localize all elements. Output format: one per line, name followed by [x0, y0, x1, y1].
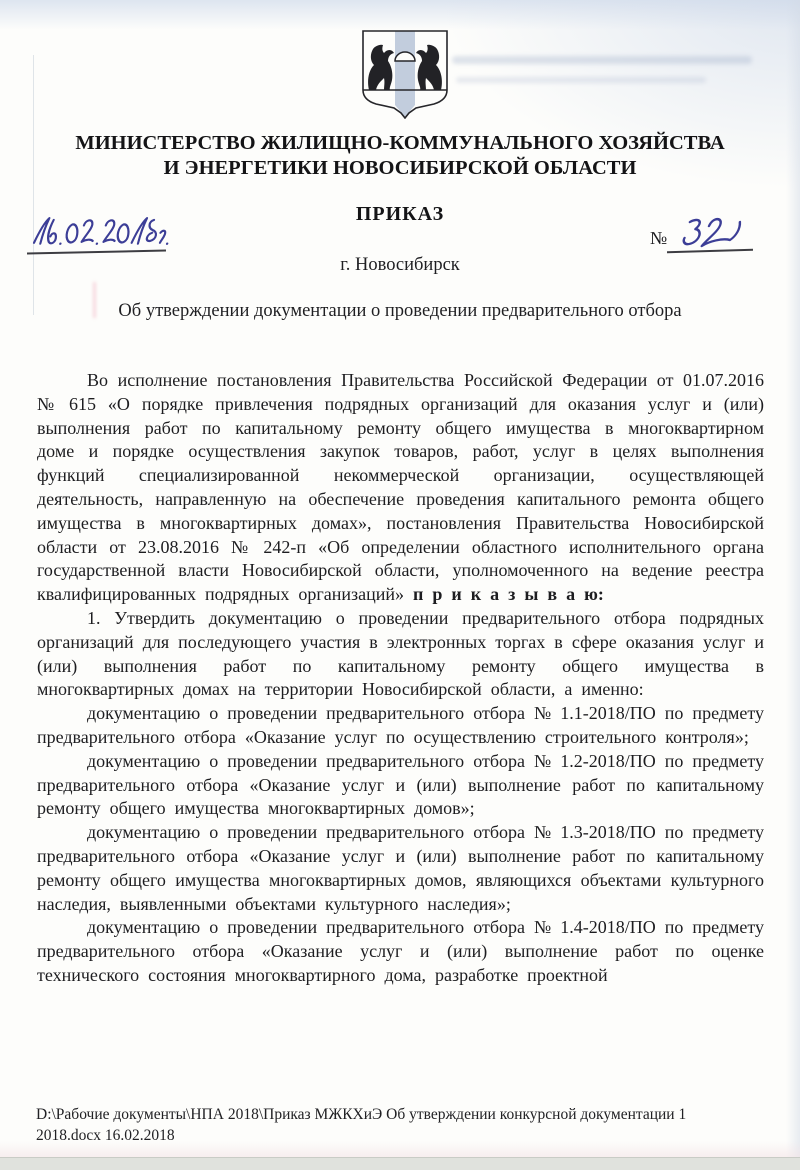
- ministry-title-line2: И ЭНЕРГЕТИКИ НОВОСИБИРСКОЙ ОБЛАСТИ: [0, 156, 800, 181]
- order-paragraph-preamble: Во исполнение постановления Правительств…: [37, 369, 764, 607]
- footer-file-path: D:\Рабочие документы\НПА 2018\Приказ МЖК…: [36, 1104, 768, 1146]
- order-subject: Об утверждении документации о проведении…: [0, 301, 800, 322]
- ministry-title: МИНИСТЕРСТВО ЖИЛИЩНО-КОММУНАЛЬНОГО ХОЗЯЙ…: [0, 131, 800, 181]
- order-paragraph-item1: 1. Утвердить документацию о проведении п…: [37, 607, 764, 702]
- preamble-text: Во исполнение постановления Правительств…: [37, 370, 764, 604]
- novosibirsk-coat-of-arms-icon: [358, 27, 452, 119]
- number-label: №: [650, 228, 667, 249]
- city-line: г. Новосибирск: [0, 255, 800, 276]
- scanned-order-document: МИНИСТЕРСТВО ЖИЛИЩНО-КОММУНАЛЬНОГО ХОЗЯЙ…: [0, 0, 800, 1170]
- prikazyvayu-keyword: п р и к а з ы в а ю:: [413, 584, 604, 604]
- bleedthrough-smudge: [456, 77, 706, 83]
- scan-line-artifact: [33, 55, 34, 315]
- bleedthrough-smudge: [452, 56, 752, 64]
- footer-path-line1: D:\Рабочие документы\НПА 2018\Приказ МЖК…: [36, 1104, 768, 1125]
- order-paragraph-doc-1-2: документацию о проведении предварительно…: [37, 750, 764, 821]
- footer-path-line2: 2018.docx 16.02.2018: [36, 1125, 768, 1146]
- order-paragraph-doc-1-3: документацию о проведении предварительно…: [37, 821, 764, 916]
- ministry-title-line1: МИНИСТЕРСТВО ЖИЛИЩНО-КОММУНАЛЬНОГО ХОЗЯЙ…: [0, 131, 800, 156]
- order-body: Во исполнение постановления Правительств…: [37, 369, 764, 988]
- order-paragraph-doc-1-4: документацию о проведении предварительно…: [37, 916, 764, 987]
- handwritten-number: [668, 212, 756, 254]
- scan-band-grey: [0, 1157, 800, 1170]
- handwritten-date: [26, 208, 172, 252]
- order-paragraph-doc-1-1: документацию о проведении предварительно…: [37, 702, 764, 750]
